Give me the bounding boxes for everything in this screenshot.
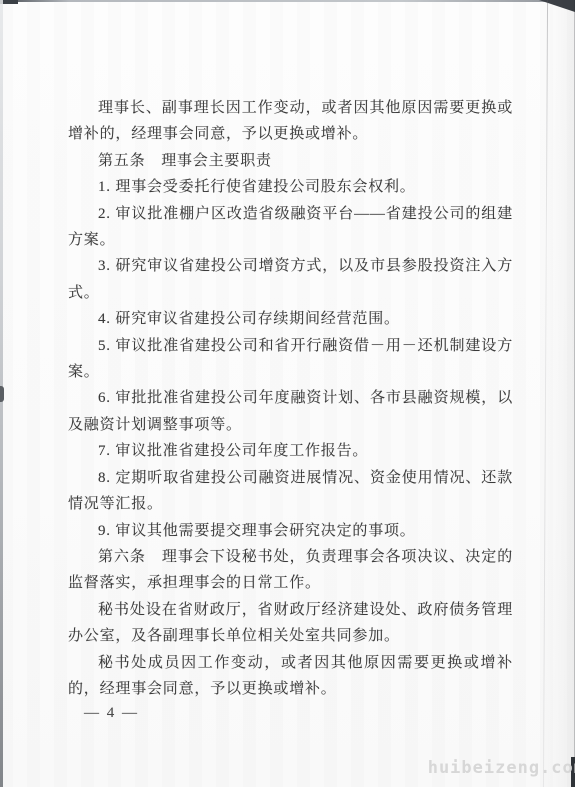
list-item: 1. 理事会受委托行使省建投公司股东会权利。 — [68, 174, 513, 200]
document-text-block: 理事长、副事理长因工作变动，或者因其他原因需要更换或增补的，经理事会同意，予以更… — [68, 95, 513, 702]
paragraph: 秘书处成员因工作变动，或者因其他原因需要更换或增补的，经理事会同意，予以更换或增… — [68, 650, 513, 703]
list-item: 5. 审议批准省建投公司和省开行融资借－用－还机制建设方案。 — [68, 333, 513, 386]
paragraph: 秘书处设在省财政厅，省财政厅经济建设处、政府债务管理办公室，及各副理事长单位相关… — [68, 597, 513, 650]
scan-top-edge — [0, 0, 575, 2]
scan-right-shading — [546, 0, 575, 787]
page-number: — 4 — — [84, 705, 139, 722]
list-item: 4. 研究审议省建投公司存续期间经营范围。 — [68, 306, 513, 332]
paragraph: 理事长、副事理长因工作变动，或者因其他原因需要更换或增补的，经理事会同意，予以更… — [68, 95, 513, 148]
list-item: 3. 研究审议省建投公司增资方式，以及市县参股投资注入方式。 — [68, 253, 513, 306]
article-5-heading: 第五条 理事会主要职责 — [68, 148, 513, 174]
list-item: 9. 审议其他需要提交理事会研究决定的事项。 — [68, 518, 513, 544]
article-6-paragraph: 第六条 理事会下设秘书处，负责理事会各项决议、决定的监督落实，承担理事会的日常工… — [68, 544, 513, 597]
list-item: 7. 审议批准省建投公司年度工作报告。 — [68, 438, 513, 464]
list-item: 2. 审议批准棚户区改造省级融资平台——省建投公司的组建方案。 — [68, 201, 513, 254]
list-item: 6. 审批批准省建投公司年度融资计划、各市县融资规模，以及融资计划调整事项等。 — [68, 385, 513, 438]
scan-left-edge-mark — [0, 386, 4, 402]
scanned-document-page: 理事长、副事理长因工作变动，或者因其他原因需要更换或增补的，经理事会同意，予以更… — [0, 0, 575, 787]
list-item: 8. 定期听取省建投公司融资进展情况、资金使用情况、还款情况等汇报。 — [68, 465, 513, 518]
watermark-text: huibeizeng.com — [428, 758, 575, 778]
